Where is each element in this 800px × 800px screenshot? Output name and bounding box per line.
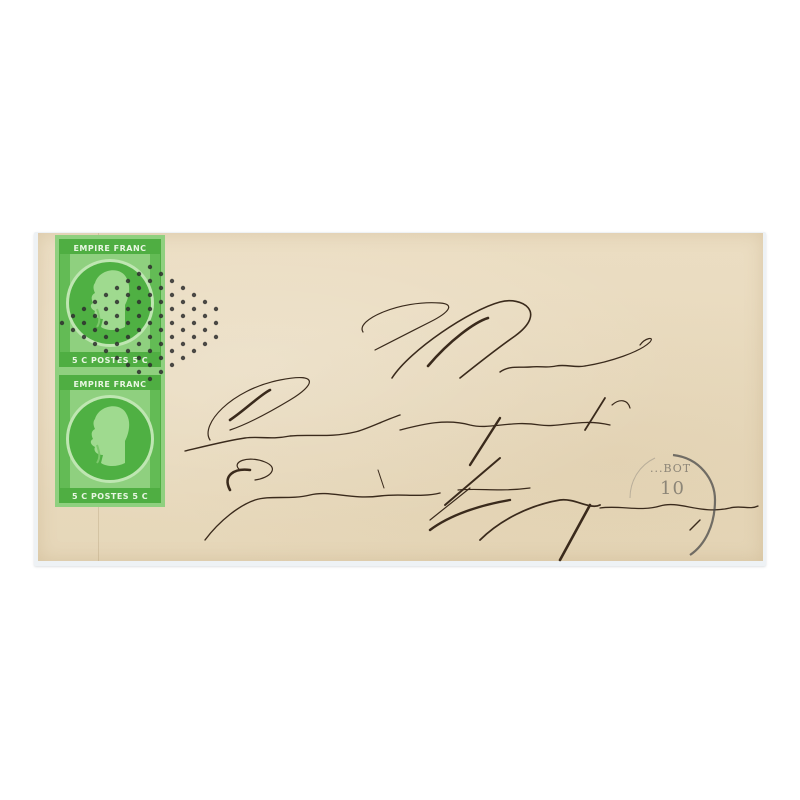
circular-date-postmark (0, 0, 800, 800)
postmark-town-text: ...BOT (650, 462, 691, 475)
postmark-date-text: 10 (660, 478, 685, 499)
